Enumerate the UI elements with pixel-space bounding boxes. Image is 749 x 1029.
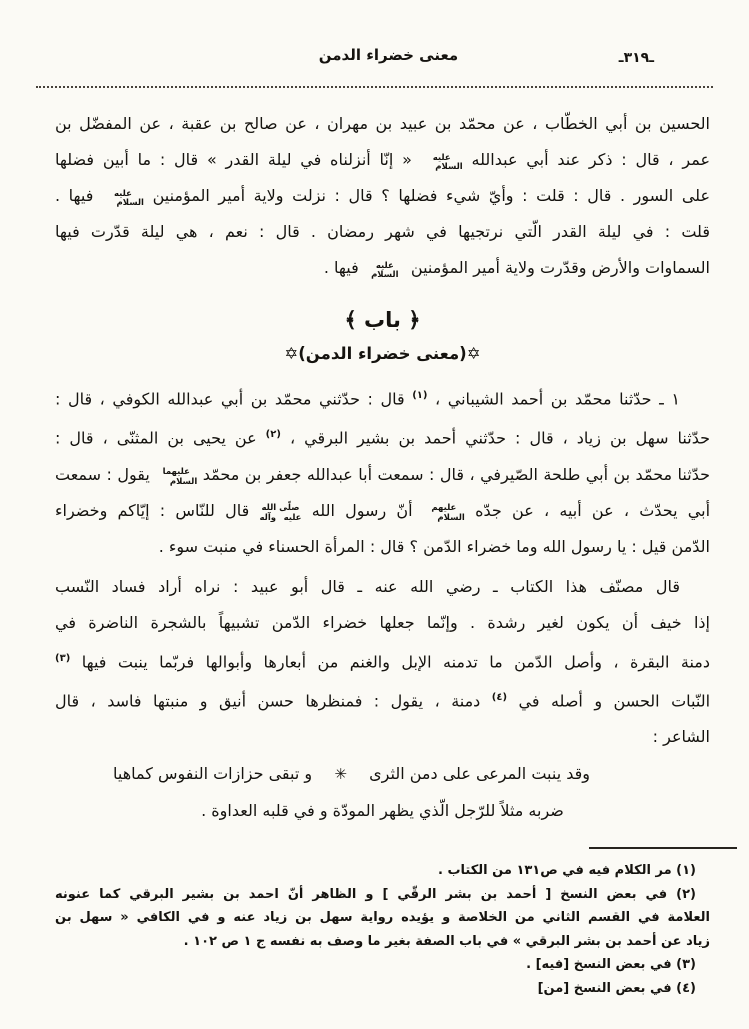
text-line: حدّثنا محمّد بن أبي طلحة الصّيرفي ، قال … bbox=[55, 457, 710, 493]
footnote-line: زياد عن أحمد بن بشر البرقي » في باب الصف… bbox=[55, 930, 710, 954]
page-number: ـ٣١٩ـ bbox=[619, 50, 654, 66]
honorific-symbol: عليه السلام bbox=[364, 262, 406, 281]
footnote-line: (٣) في بعض النسخ [فيه] . bbox=[55, 953, 710, 977]
text-line: إذا خيف أن يكون لغير رشدة . وإنّما جعلها… bbox=[55, 605, 710, 641]
text-line: النّبات الحسن و أصله في (٤) دمنة ، يقول … bbox=[55, 680, 710, 719]
chapter-section-title: ✡(معنى خضراء الدمن)✡ bbox=[55, 340, 710, 368]
text-line: الشاعر : bbox=[55, 719, 710, 755]
text-line: السماوات والأرض وقدّرت ولاية أمير المؤمن… bbox=[55, 250, 710, 286]
paragraph-laylat-alqadr: الحسين بن أبي الخطّاب ، عن محمّد بن عبيد… bbox=[55, 106, 710, 286]
honorific-symbol: عليه السلام bbox=[421, 154, 463, 173]
poetry-hemistich-first: وقد ينبت المرعى على دمن الثرى bbox=[369, 757, 590, 791]
footnote-line: (٤) في بعض النسخ [من] bbox=[55, 977, 710, 1001]
text-line: قلت : في ليلة القدر الّتي نرتجيها في شهر… bbox=[55, 214, 710, 250]
paragraph-hadith-isnad: ١ ـ حدّثنا محمّد بن أحمد الشيباني ، (١) … bbox=[55, 378, 710, 565]
verse-divider-star-icon: ✳ bbox=[324, 757, 357, 791]
text-line: قال مصنّف هذا الكتاب ـ رضي الله عنه ـ قا… bbox=[55, 569, 710, 605]
footnotes: (١) مر الكلام فيه في ص١٣١ من الكتاب .(٢)… bbox=[0, 849, 749, 1000]
honorific-symbol: صلّى الله عليه وآله bbox=[259, 504, 301, 523]
text-line: الدّمن قيل : يا رسول الله وما خضراء الدّ… bbox=[55, 529, 710, 565]
footnote-marker: (٣) bbox=[55, 653, 70, 664]
footnote-marker: (٢) bbox=[266, 429, 281, 440]
text-line: على السور . قال : قلت : وأيّ شيء فضلها ؟… bbox=[55, 178, 710, 214]
footnote-line: (١) مر الكلام فيه في ص١٣١ من الكتاب . bbox=[55, 859, 710, 883]
footnote-line: العلامة في القسم الثاني من الخلاصة و يؤي… bbox=[55, 906, 710, 930]
text-line: الحسين بن أبي الخطّاب ، عن محمّد بن عبيد… bbox=[55, 106, 710, 142]
text-line: ١ ـ حدّثنا محمّد بن أحمد الشيباني ، (١) … bbox=[55, 378, 710, 417]
commentary-closing-line: ضربه مثلاً للرّجل الّذي يظهر المودّة و ف… bbox=[55, 793, 710, 829]
footnote-marker: (٤) bbox=[492, 692, 507, 703]
poetry-verse: وقد ينبت المرعى على دمن الثرى ✳ و تبقى ح… bbox=[55, 757, 710, 791]
honorific-symbol: عليهما السلام bbox=[155, 468, 197, 487]
page-body: الحسين بن أبي الخطّاب ، عن محمّد بن عبيد… bbox=[0, 88, 749, 829]
chapter-bab-heading: ﴿ باب ﴾ bbox=[55, 304, 710, 336]
text-line: حدّثنا سهل بن زياد ، قال : حدّثني أحمد ب… bbox=[55, 417, 710, 456]
poetry-hemistich-second: و تبقى حزازات النفوس كماهيا bbox=[113, 757, 312, 791]
honorific-symbol: عليهم السلام bbox=[423, 504, 465, 523]
page-header: معنى خضراء الدمن ـ٣١٩ـ bbox=[0, 0, 749, 72]
text-line: عمر ، قال : ذكر عند أبي عبدالله عليه الس… bbox=[55, 142, 710, 178]
text-line: دمنة البقرة ، وأصل الدّمن ما تدمنه الإبل… bbox=[55, 641, 710, 680]
footnote-marker: (١) bbox=[412, 390, 427, 401]
footnote-line: (٢) في بعض النسخ [ أحمد بن بشر الرقّي ] … bbox=[55, 883, 710, 907]
paragraph-commentary: قال مصنّف هذا الكتاب ـ رضي الله عنه ـ قا… bbox=[55, 569, 710, 756]
honorific-symbol: عليه السلام bbox=[102, 190, 144, 209]
text-line: أبي يحدّث ، عن أبيه ، عن جدّه عليهم السل… bbox=[55, 493, 710, 529]
scanned-book-page: معنى خضراء الدمن ـ٣١٩ـ الحسين بن أبي الخ… bbox=[0, 0, 749, 1029]
